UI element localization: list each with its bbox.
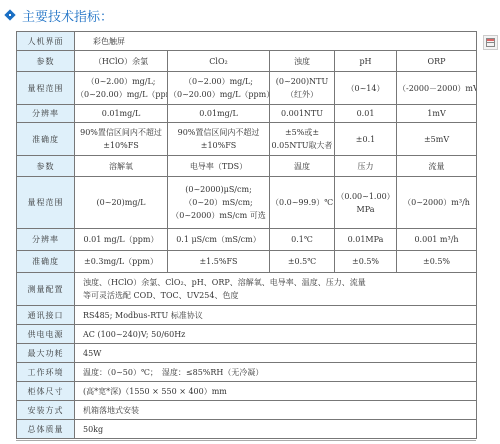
spec-value: AC (100~240)V; 50/60Hz — [75, 325, 477, 344]
param-cell: pH — [335, 51, 397, 72]
hmi-value: 彩色触屏 — [75, 32, 477, 51]
table-row-dimensions: 柜体尺寸 (高*宽*深)（1550 × 550 × 400）mm — [17, 382, 477, 401]
param-cell: 溶解氧 — [75, 156, 168, 177]
param-cell: 压力 — [335, 156, 397, 177]
row-label: 总体质量 — [17, 420, 75, 439]
table-row-max-power: 最大功耗 45W — [17, 344, 477, 363]
accuracy-cell: ±0.5% — [397, 251, 477, 273]
row-label: 分辨率 — [17, 105, 75, 123]
accuracy-cell: ±5mV — [397, 123, 477, 156]
row-label: 分辨率 — [17, 229, 75, 251]
table-row-install: 安装方式 机箱落地式安装 — [17, 401, 477, 420]
param-cell: ORP — [397, 51, 477, 72]
table-row-params-2: 参数 溶解氧 电导率（TDS） 温度 压力 流量 — [17, 156, 477, 177]
param-cell: （HClO）余氯 — [75, 51, 168, 72]
range-cell: (0~200)NTU（红外） — [270, 72, 335, 105]
row-label: 通讯接口 — [17, 306, 75, 325]
accuracy-cell: ±0.5℃ — [270, 251, 335, 273]
param-cell: 流量 — [397, 156, 477, 177]
resolution-cell: 0.01 mg/L（ppm） — [75, 229, 168, 251]
section-title: 主要技术指标： — [22, 6, 113, 25]
table-row-range-2: 量程范围 (0~20)mg/L (0~2000)μS/cm;（0~20）mS/c… — [17, 177, 477, 229]
row-label: 工作环境 — [17, 363, 75, 382]
accuracy-cell: ±0.1 — [335, 123, 397, 156]
range-cell: （0~2.00）mg/L;（0~20.00）mg/L（ppm） — [75, 72, 168, 105]
spec-value: RS485; Modbus-RTU 标准协议 — [75, 306, 477, 325]
accuracy-cell: ±0.5% — [335, 251, 397, 273]
param-cell: 电导率（TDS） — [168, 156, 270, 177]
resolution-cell: 0.01MPa — [335, 229, 397, 251]
table-row-weight: 总体质量 50kg — [17, 420, 477, 439]
diamond-bullet-icon — [4, 9, 16, 21]
row-label: 参数 — [17, 51, 75, 72]
table-row-accuracy-2: 准确度 ±0.3mg/L（ppm） ±1.5%FS ±0.5℃ ±0.5% ±0… — [17, 251, 477, 273]
expand-table-icon — [486, 38, 495, 47]
param-cell: 浊度 — [270, 51, 335, 72]
spec-value: 50kg — [75, 420, 477, 439]
row-label: 柜体尺寸 — [17, 382, 75, 401]
table-row-config: 测量配置 浊度、（HClO）余氯、ClO₂、pH、ORP、溶解氧、电导率、温度、… — [17, 273, 477, 306]
accuracy-cell: ±0.3mg/L（ppm） — [75, 251, 168, 273]
spec-value: 浊度、（HClO）余氯、ClO₂、pH、ORP、溶解氧、电导率、温度、压力、流量… — [75, 273, 477, 306]
accuracy-cell: ±1.5%FS — [168, 251, 270, 273]
table-row-hmi: 人机界面 彩色触屏 — [17, 32, 477, 51]
table-row-params-1: 参数 （HClO）余氯 ClO₂ 浊度 pH ORP — [17, 51, 477, 72]
row-label: 供电电源 — [17, 325, 75, 344]
range-cell: （0~14） — [335, 72, 397, 105]
row-label: 准确度 — [17, 123, 75, 156]
expand-table-button[interactable] — [483, 35, 498, 50]
table-row-accuracy-1: 准确度 90%置信区间内不超过±10%FS 90%置信区间内不超过±10%FS … — [17, 123, 477, 156]
range-cell: （-2000－2000）mV — [397, 72, 477, 105]
resolution-cell: 0.001 m³/h — [397, 229, 477, 251]
row-label: 最大功耗 — [17, 344, 75, 363]
section-heading: 主要技术指标： — [4, 6, 113, 24]
range-cell: (0~20)mg/L — [75, 177, 168, 229]
param-cell: 温度 — [270, 156, 335, 177]
table-row-range-1: 量程范围 （0~2.00）mg/L;（0~20.00）mg/L（ppm） （0~… — [17, 72, 477, 105]
spec-value: 45W — [75, 344, 477, 363]
accuracy-cell: 90%置信区间内不超过±10%FS — [75, 123, 168, 156]
table-row-environment: 工作环境 温度：（0~50）℃； 湿度：≤85%RH（无冷凝） — [17, 363, 477, 382]
table-row-comm: 通讯接口 RS485; Modbus-RTU 标准协议 — [17, 306, 477, 325]
resolution-cell: 0.01mg/L — [75, 105, 168, 123]
range-cell: （0~2.00）mg/L;（0~20.00）mg/L（ppm） — [168, 72, 270, 105]
resolution-cell: 1mV — [397, 105, 477, 123]
resolution-cell: 0.01mg/L — [168, 105, 270, 123]
row-label: 量程范围 — [17, 177, 75, 229]
row-label: 测量配置 — [17, 273, 75, 306]
spec-value: 温度：（0~50）℃； 湿度：≤85%RH（无冷凝） — [75, 363, 477, 382]
table-row-resolution-1: 分辨率 0.01mg/L 0.01mg/L 0.001NTU 0.01 1mV — [17, 105, 477, 123]
row-label: 参数 — [17, 156, 75, 177]
spec-value: (高*宽*深)（1550 × 550 × 400）mm — [75, 382, 477, 401]
range-cell: （0~2000）m³/h — [397, 177, 477, 229]
spec-table: 人机界面 彩色触屏 参数 （HClO）余氯 ClO₂ 浊度 pH ORP 量程范… — [16, 31, 477, 439]
accuracy-cell: ±5%或±0.05NTU取大者 — [270, 123, 335, 156]
param-cell: ClO₂ — [168, 51, 270, 72]
table-row-resolution-2: 分辨率 0.01 mg/L（ppm） 0.1 μS/cm（mS/cm） 0.1℃… — [17, 229, 477, 251]
accuracy-cell: 90%置信区间内不超过±10%FS — [168, 123, 270, 156]
resolution-cell: 0.01 — [335, 105, 397, 123]
table-row-power: 供电电源 AC (100~240)V; 50/60Hz — [17, 325, 477, 344]
row-label: 准确度 — [17, 251, 75, 273]
resolution-cell: 0.1 μS/cm（mS/cm） — [168, 229, 270, 251]
range-cell: (0~2000)μS/cm;（0~20）mS/cm;（0~2000）mS/cm … — [168, 177, 270, 229]
row-label: 量程范围 — [17, 72, 75, 105]
spec-value: 机箱落地式安装 — [75, 401, 477, 420]
resolution-cell: 0.001NTU — [270, 105, 335, 123]
range-cell: （0.00~1.00）MPa — [335, 177, 397, 229]
row-label: 人机界面 — [17, 32, 75, 51]
resolution-cell: 0.1℃ — [270, 229, 335, 251]
range-cell: （0.0~99.9）℃ — [270, 177, 335, 229]
row-label: 安装方式 — [17, 401, 75, 420]
divider — [16, 440, 476, 441]
